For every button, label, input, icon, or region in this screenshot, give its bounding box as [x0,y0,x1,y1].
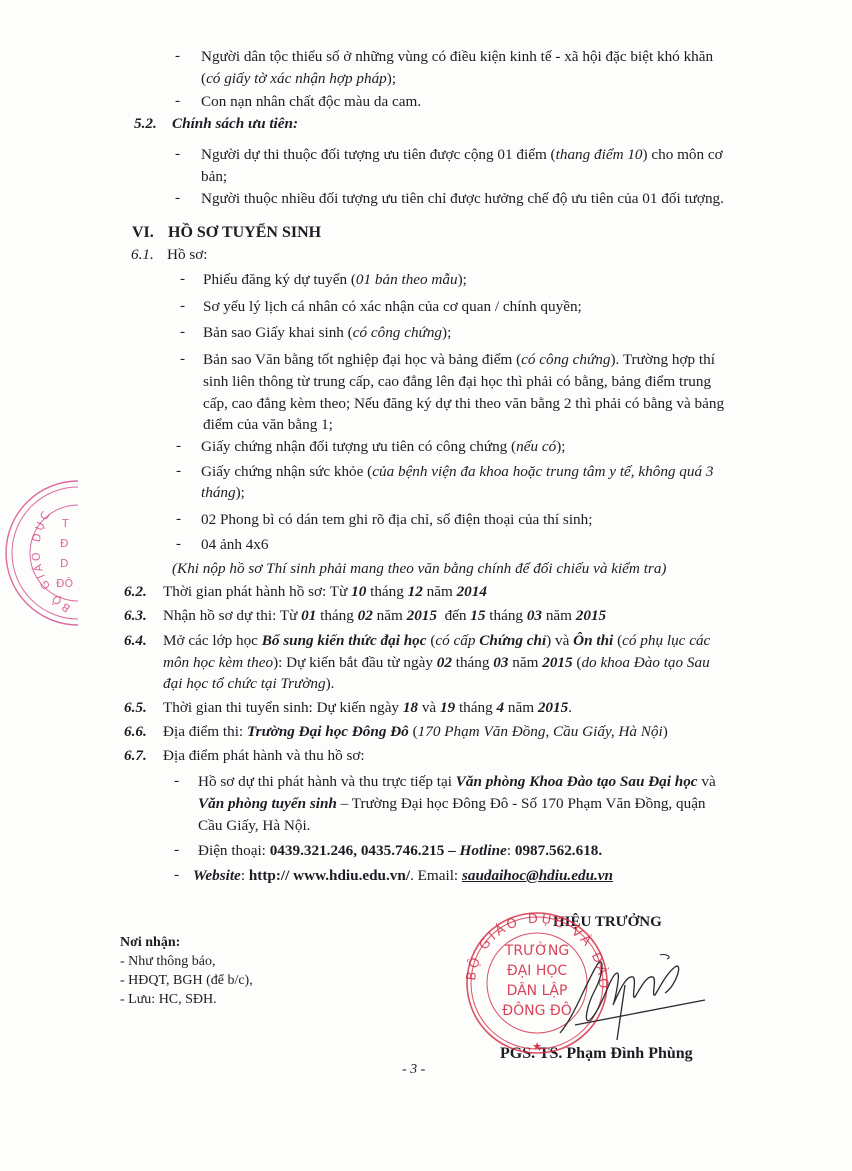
list-item: Sơ yếu lý lịch cá nhân có xác nhận của c… [203,296,582,318]
bullet-dash: - [174,866,179,884]
list-item-cont: bản; [201,166,227,188]
bullet-dash: - [174,841,179,859]
list-item-cont: Cầu Giấy, Hà Nội. [198,815,310,837]
classes-info: Mở các lớp học Bổ sung kiến thức đại học… [163,630,710,652]
list-item: Hồ sơ dự thi phát hành và thu trực tiếp … [198,771,716,793]
subsection-number: 6.5. [124,697,147,719]
list-item: Người dân tộc thiểu số ở những vùng có đ… [201,46,713,68]
subsection-number: 6.2. [124,581,147,603]
bullet-dash: - [180,270,185,288]
list-item: Giấy chứng nhận đối tượng ưu tiên có côn… [201,436,565,458]
svg-text:D: D [60,557,68,570]
svg-text:T: T [61,517,69,530]
document-page: - Người dân tộc thiểu số ở những vùng có… [0,0,852,1171]
bullet-dash: - [180,350,185,368]
list-item-cont: Văn phòng tuyển sinh – Trường Đại học Đô… [198,793,706,815]
phone-line: Điện thoại: 0439.321.246, 0435.746.215 –… [198,840,602,862]
section-roman: VI. [132,222,154,244]
subsection-label: Hồ sơ: [167,244,208,266]
bullet-dash: - [176,462,181,480]
list-item: Người dự thi thuộc đối tượng ưu tiên đượ… [201,144,723,166]
issue-period: Thời gian phát hành hồ sơ: Từ 10 tháng 1… [163,581,487,603]
exam-date: Thời gian thi tuyển sinh: Dự kiến ngày 1… [163,697,572,719]
list-item-cont: sinh liên thông từ trung cấp, cao đẳng l… [203,371,711,393]
subsection-number: 6.6. [124,721,147,743]
bullet-dash: - [174,772,179,790]
list-item: Con nạn nhân chất độc màu da cam. [201,91,421,113]
list-item: Bản sao Văn bằng tốt nghiệp đại học và b… [203,349,715,371]
subsection-number: 6.1. [131,244,154,266]
exam-location: Địa điểm thi: Trường Đại học Đông Đô (17… [163,721,668,743]
list-item-cont: cấp, cao đẳng kèm theo; Nếu đăng ký dự t… [203,393,724,415]
edge-stamp: BỘ GIÁO DỤC T Đ D ĐÔ [0,475,80,630]
bullet-dash: - [176,535,181,553]
email-link[interactable]: saudaihoc@hdiu.edu.vn [462,867,613,884]
list-item-cont: (có giấy tờ xác nhận hợp pháp); [201,68,396,90]
subsection-number: 6.4. [124,630,147,652]
list-item: Người thuộc nhiều đối tượng ưu tiên chỉ … [201,188,724,210]
bullet-dash: - [180,323,185,341]
bullet-dash: - [175,47,180,65]
bullet-dash: - [175,145,180,163]
list-item: Giấy chứng nhận sức khỏe (của bệnh viện … [201,461,713,483]
website-line: Website: http:// www.hdiu.edu.vn/. Email… [193,865,613,887]
classes-info-cont: đại học tổ chức tại Trường). [163,673,334,695]
svg-text:Đ: Đ [60,537,69,550]
svg-text:ĐÔ: ĐÔ [56,577,74,590]
page-number: - 3 - [402,1062,425,1078]
bullet-dash: - [175,92,180,110]
bullet-dash: - [176,437,181,455]
subsection-label: Địa điểm phát hành và thu hồ sơ: [163,745,365,767]
signature-scribble [555,945,715,1045]
note: (Khi nộp hồ sơ Thí sinh phải mang theo v… [172,558,666,580]
recipients-block: Nơi nhận: - Như thông báo, - HĐQT, BGH (… [120,933,253,1009]
list-item: 04 ảnh 4x6 [201,534,269,556]
classes-info-cont: môn học kèm theo): Dự kiến bắt đầu từ ng… [163,652,710,674]
list-item: 02 Phong bì có dán tem ghi rõ địa chỉ, s… [201,509,592,531]
subsection-number: 6.7. [124,745,147,767]
section-title: HỒ SƠ TUYỂN SINH [168,222,321,244]
bullet-dash: - [180,297,185,315]
list-item: Phiếu đăng ký dự tuyển (01 bản theo mẫu)… [203,269,467,291]
subsection-title: Chính sách ưu tiên: [172,113,298,135]
subsection-5-2: 5.2. [134,113,157,135]
star-icon: ★ [532,1040,542,1053]
list-item: Bản sao Giấy khai sinh (có công chứng); [203,322,451,344]
bullet-dash: - [176,510,181,528]
subsection-number: 6.3. [124,605,147,627]
list-item-cont: tháng); [201,482,245,504]
list-item-cont: điểm của văn bằng 1; [203,414,333,436]
website-link[interactable]: http:// www.hdiu.edu.vn/ [249,867,410,884]
receive-period: Nhận hồ sơ dự thi: Từ 01 tháng 02 năm 20… [163,605,606,627]
bullet-dash: - [175,189,180,207]
